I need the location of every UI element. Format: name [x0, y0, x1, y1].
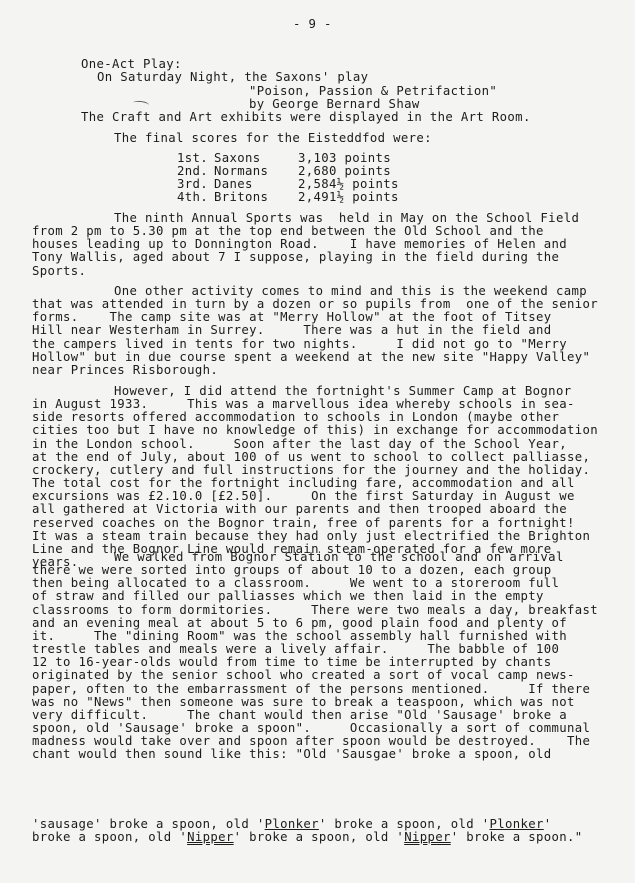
underlined-name: Nipper	[404, 830, 451, 844]
underlined-name: Plonker	[265, 817, 319, 831]
text-line: at the end of July, about 100 of us went…	[32, 451, 590, 464]
text-line: The total cost for the fortnight includi…	[32, 477, 575, 490]
underlined-name: Plonker	[489, 817, 543, 831]
page-number: - 9 -	[293, 18, 332, 31]
text-line: excursions was £2.10.0 [£2.50]. On the f…	[32, 490, 575, 503]
score-points: 2,491½ points	[298, 191, 399, 204]
text-line: all gathered at Victoria with our parent…	[32, 503, 567, 516]
text-line: One other activity comes to mind and thi…	[114, 285, 587, 298]
text-line: crockery, cutlery and full instructions …	[32, 464, 590, 477]
play-intro: On Saturday Night, the Saxons' play	[97, 71, 368, 84]
text-line: very difficult. The chant would then ari…	[32, 709, 567, 722]
text-line: We walked from Bognor Station to the sch…	[114, 551, 564, 564]
text-line: Tony Wallis, aged about 7 I suppose, pla…	[32, 251, 559, 264]
text-line: reserved coaches on the Bognor train, fr…	[32, 517, 575, 530]
text-line: cities too but I have no knowledge of th…	[32, 424, 598, 437]
score-place: 4th.	[177, 191, 208, 204]
text-line: side resorts offered accommodation to sc…	[32, 411, 559, 424]
text-line: originated by the senior school who crea…	[32, 669, 575, 682]
text-line: Hollow" but in due course spent a weeken…	[32, 351, 590, 364]
text-line: 12 to 16-year-olds would from time to ti…	[32, 656, 551, 669]
pen-mark	[133, 100, 150, 108]
document-page: - 9 - One-Act Play: On Saturday Night, t…	[0, 0, 635, 883]
text-line: houses leading up to Donnington Road. I …	[32, 238, 567, 251]
text: broke a spoon, old '	[32, 830, 187, 844]
text-line: it. The "dining Room" was the school ass…	[32, 630, 567, 643]
text-line: from 2 pm to 5.30 pm at the top end betw…	[32, 225, 544, 238]
text-line: then being allocated to a classroom. We …	[32, 577, 559, 590]
text-line: in the London school. Soon after the las…	[32, 438, 567, 451]
text-line: madness would take over and spoon after …	[32, 735, 590, 748]
text-line: forms. The camp site was at "Merry Hollo…	[32, 311, 551, 324]
text-line: Sports.	[32, 265, 86, 278]
underlined-name: Nipper	[187, 830, 234, 844]
text-line: near Princes Risborough.	[32, 364, 218, 377]
text-line: that was attended in turn by a dozen or …	[32, 298, 598, 311]
text-line: in August 1933. This was a marvellous id…	[32, 398, 575, 411]
text-line: It was a steam train because they had on…	[32, 530, 590, 543]
scores-intro: The final scores for the Eisteddfod were…	[114, 132, 432, 145]
text-line: and an evening meal at about 5 to 6 pm, …	[32, 617, 567, 630]
text: ' broke a spoon, old '	[234, 830, 405, 844]
text: 'sausage' broke a spoon, old '	[32, 817, 265, 831]
text: ' broke a spoon, old '	[319, 817, 490, 831]
text-line: classrooms to form dormitories. There we…	[32, 604, 598, 617]
text-line: Hill near Westerham in Surrey. There was…	[32, 324, 551, 337]
text-line: The ninth Annual Sports was held in May …	[114, 212, 579, 225]
text-line: chant would then sound like this: "Old '…	[32, 748, 551, 761]
text-line: there we were sorted into groups of abou…	[32, 564, 551, 577]
score-house: Britons	[214, 191, 268, 204]
exhibits-text: The Craft and Art exhibits were displaye…	[81, 111, 531, 124]
text-line: However, I did attend the fortnight's Su…	[114, 385, 571, 398]
text-line: spoon, old 'Sausage' broke a spoon". Occ…	[32, 722, 590, 735]
text: '	[544, 817, 552, 831]
text-line: the campers lived in tents for two night…	[32, 338, 567, 351]
text-line: of straw and filled our palliasses which…	[32, 590, 544, 603]
text-line: was no "News" then someone was sure to b…	[32, 696, 575, 709]
text-line: paper, often to the embarrassment of the…	[32, 683, 590, 696]
text: ' broke a spoon."	[451, 830, 583, 844]
text-line: trestle tables and meals were a lively a…	[32, 643, 559, 656]
chant-line: broke a spoon, old 'Nipper' broke a spoo…	[32, 831, 583, 844]
